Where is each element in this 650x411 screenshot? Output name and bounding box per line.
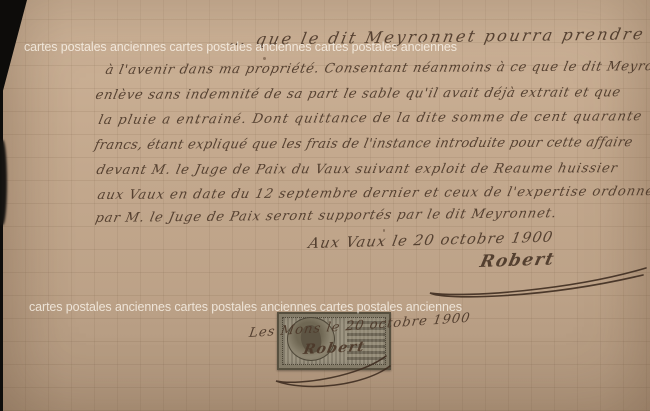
signature-flourish (422, 262, 650, 304)
handwriting-line-6: devant M. le Juge de Paix du Vaux suivan… (95, 161, 619, 178)
ink-speck (196, 121, 198, 123)
scanned-document-photo: … que le dit Meyronnet pourra prendre à … (0, 0, 650, 411)
watermark-bottom: cartes postales anciennes cartes postale… (29, 300, 462, 314)
handwriting-line-3: enlève sans indemnité de sa part le sabl… (94, 85, 622, 103)
ink-speck (263, 57, 266, 60)
ink-speck (383, 229, 385, 232)
watermark-top: cartes postales anciennes cartes postale… (24, 40, 457, 54)
stamp-signature-flourish (268, 352, 400, 396)
handwriting-line-5: francs, étant expliqué que les frais de … (93, 135, 634, 153)
